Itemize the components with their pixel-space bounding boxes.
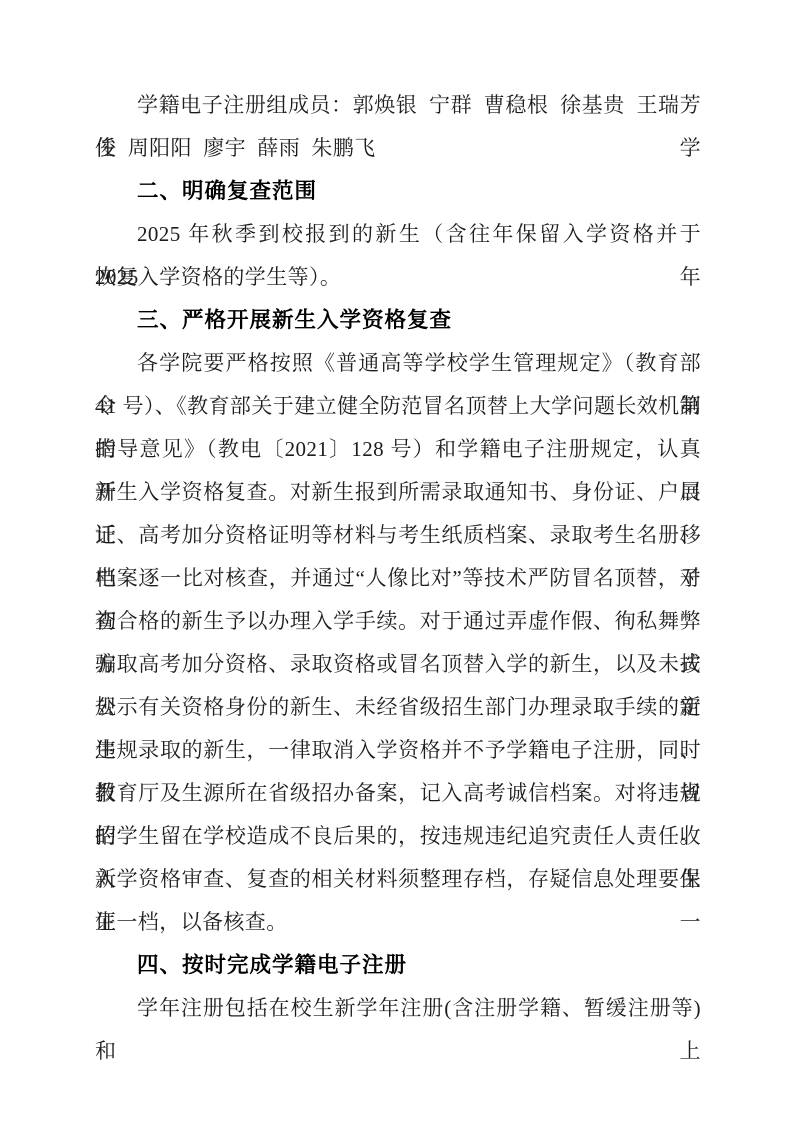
text-line: 骗取高考加分资格、录取资格或冒名顶替入学的新生，以及未按规定 (95, 643, 701, 686)
text-line: 公示有关资格身份的新生、未经省级招生部门办理录取手续的新生、 (95, 686, 701, 729)
text-line: 指导意见》（教电〔2021〕128 号）和学籍电子注册规定，认真开展 (95, 428, 701, 471)
text-line: 违规录取的新生，一律取消入学资格并不予学籍电子注册，同时报省 (95, 729, 701, 772)
document-page: 学籍电子注册组成员：郭焕银 宁群 曹稳根 徐基贵 王瑞芳 任学俊 周阳阳 廖宇 … (0, 0, 793, 1122)
text-line: 新生入学资格复查。对新生报到所需录取通知书、身份证、户口迁移 (95, 471, 701, 514)
text-line: 41 号）、《教育部关于建立健全防范冒名顶替上大学问题长效机制的 (95, 385, 701, 428)
document-body: 学籍电子注册组成员：郭焕银 宁群 曹稳根 徐基贵 王瑞芳 任学俊 周阳阳 廖宇 … (95, 84, 701, 1030)
section-heading: 四、按时完成学籍电子注册 (95, 944, 701, 987)
text-line: 学籍电子注册组成员：郭焕银 宁群 曹稳根 徐基贵 王瑞芳 任学 (95, 84, 701, 127)
text-line: 学年注册包括在校生新学年注册(含注册学籍、暂缓注册等)和上 (95, 987, 701, 1030)
text-line: 各学院要严格按照《普通高等学校学生管理规定》（教育部令第 (95, 342, 701, 385)
section-heading: 二、明确复查范围 (95, 170, 701, 213)
text-line: 档案逐一比对核查，并通过“人像比对”等技术严防冒名顶替，对初 (95, 557, 701, 600)
text-line: 证、高考加分资格证明等材料与考生纸质档案、录取考生名册、电子 (95, 514, 701, 557)
text-line: 教育厅及生源所在省级招办备案，记入高考诚信档案。对将违规招收 (95, 772, 701, 815)
text-line: 入学资格审查、复查的相关材料须整理存档，存疑信息处理要保证一 (95, 858, 701, 901)
text-line: 查合格的新生予以办理入学手续。对于通过弄虚作假、徇私舞弊方式 (95, 600, 701, 643)
section-heading: 三、严格开展新生入学资格复查 (95, 299, 701, 342)
text-line: 2025 年秋季到校报到的新生（含往年保留入学资格并于 2025 年 (95, 213, 701, 256)
text-line: 的学生留在学校造成不良后果的，按违规违纪追究责任人责任。新生 (95, 815, 701, 858)
